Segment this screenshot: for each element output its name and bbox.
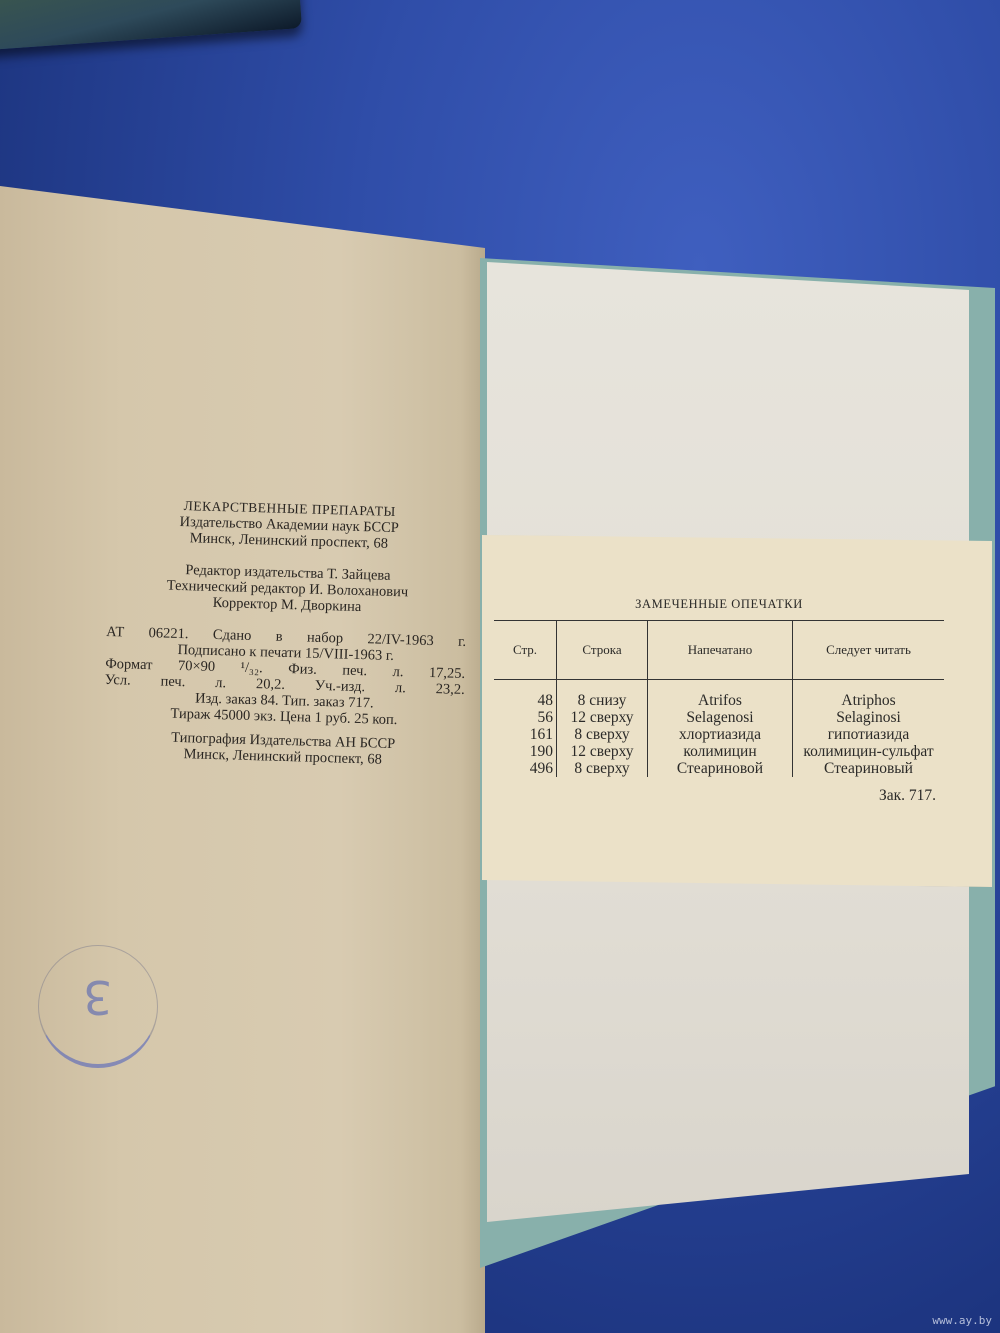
table-cell: Atriphos xyxy=(793,680,945,710)
table-cell: 8 сверху xyxy=(557,726,648,743)
table-cell: 190 xyxy=(494,743,557,760)
table-cell: хлортиазида xyxy=(648,726,793,743)
table-cell: колимицин xyxy=(648,743,793,760)
table-cell: 12 сверху xyxy=(557,709,648,726)
table-row: 19012 сверхуколимицинколимицин-сульфат xyxy=(494,743,944,760)
errata-table: Стр. Строка Напечатано Следует читать 48… xyxy=(494,620,944,777)
errata-title: ЗАМЕЧЕННЫЕ ОПЕЧАТКИ xyxy=(494,597,944,612)
watermark: www.ay.by xyxy=(932,1314,992,1327)
table-row: 488 снизуAtrifosAtriphos xyxy=(494,680,944,710)
table-cell: 12 сверху xyxy=(557,743,648,760)
imprint-text: ЛЕКАРСТВЕННЫЕ ПРЕПАРАТЫ Издательство Ака… xyxy=(103,496,470,770)
stamp-mark: 3 xyxy=(83,970,112,1024)
table-cell: Стеариновой xyxy=(648,760,793,777)
column-header: Строка xyxy=(557,621,648,680)
table-row: 1618 сверхухлортиазидагипотиазида xyxy=(494,726,944,743)
order-number: Зак. 717. xyxy=(494,787,944,805)
table-cell: 8 сверху xyxy=(557,760,648,777)
table-cell: гипотиазида xyxy=(793,726,945,743)
table-cell: 56 xyxy=(494,709,557,726)
background-book xyxy=(0,0,302,52)
table-row: 5612 сверхуSelagenosiSelaginosi xyxy=(494,709,944,726)
table-cell: 48 xyxy=(494,680,557,710)
column-header: Стр. xyxy=(494,621,557,680)
table-cell: Selagenosi xyxy=(648,709,793,726)
column-header: Следует читать xyxy=(793,621,945,680)
table-cell: колимицин-сульфат xyxy=(793,743,945,760)
table-cell: 496 xyxy=(494,760,557,777)
column-header: Напечатано xyxy=(648,621,793,680)
library-stamp: 3 xyxy=(38,945,158,1068)
errata-slip: ЗАМЕЧЕННЫЕ ОПЕЧАТКИ Стр. Строка Напечата… xyxy=(482,535,992,887)
table-cell: 8 снизу xyxy=(557,680,648,710)
table-cell: Selaginosi xyxy=(793,709,945,726)
table-row: 4968 сверхуСтеариновойСтеариновый xyxy=(494,760,944,777)
table-cell: 161 xyxy=(494,726,557,743)
table-cell: Стеариновый xyxy=(793,760,945,777)
table-cell: Atrifos xyxy=(648,680,793,710)
